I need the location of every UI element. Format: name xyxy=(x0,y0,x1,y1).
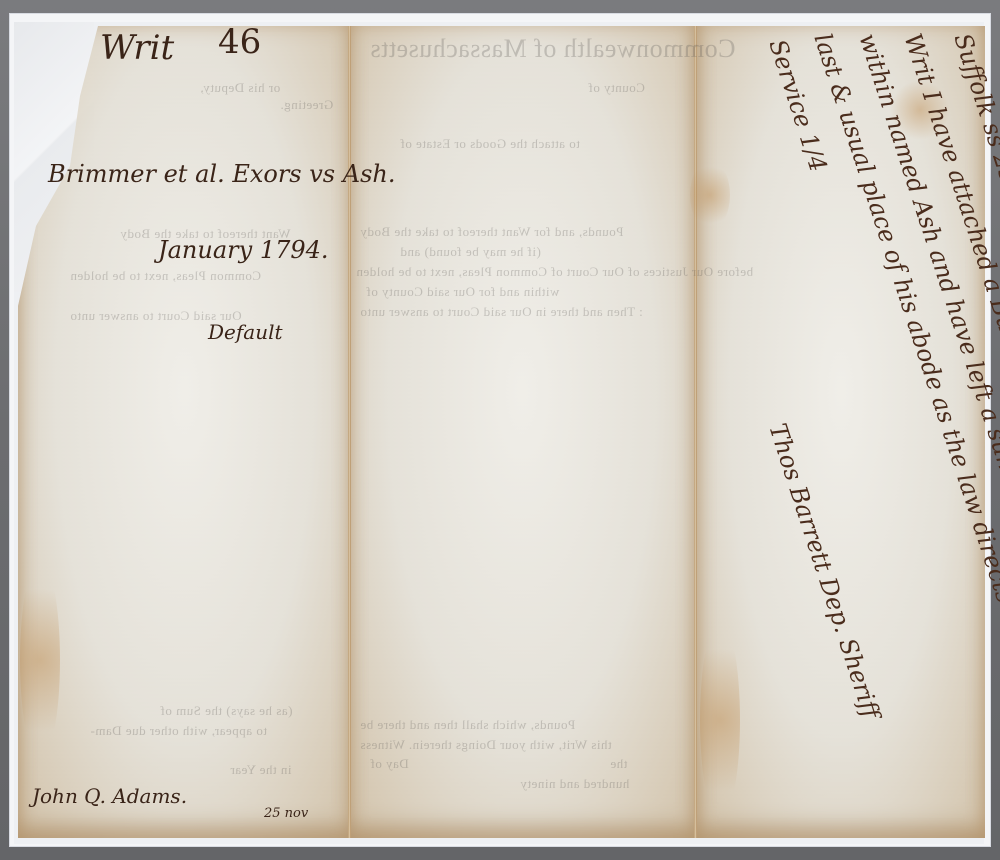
printed-line: to attach the Goods or Estate of xyxy=(400,136,580,152)
printed-line: : Then and there in Our said Court to an… xyxy=(360,304,643,320)
printed-line: Pounds, and for Want thereof to take the… xyxy=(360,224,623,240)
printed-heading-bleedthrough: Commonwealth of Massachusetts xyxy=(370,34,735,64)
case-outcome: Default xyxy=(208,320,283,344)
printed-line: Greeting. xyxy=(280,97,333,113)
printed-line: the xyxy=(610,756,627,772)
writ-number: 46 xyxy=(218,22,261,62)
fold-seam xyxy=(694,26,697,838)
case-title: Brimmer et al. Exors vs Ash. xyxy=(48,160,395,188)
writ-heading: Writ xyxy=(100,28,174,68)
printed-line: County of xyxy=(588,80,645,96)
printed-line: this Writ, with your Doings therein. Wit… xyxy=(360,737,612,753)
printed-line: to appear, with other due Dam- xyxy=(90,723,267,739)
printed-line: (if he may be found) and xyxy=(400,244,541,260)
foxing-stain xyxy=(700,620,740,820)
printed-line: Common Pleas, next to be holden xyxy=(70,268,261,284)
printed-line: before Our Justices of Our Court of Comm… xyxy=(356,264,753,280)
printed-line: or his Deputy, xyxy=(200,80,280,96)
printed-line: in the Year xyxy=(230,762,291,778)
foxing-stain xyxy=(690,160,730,230)
foxing-stain xyxy=(20,560,60,760)
fold-seam xyxy=(348,26,351,838)
printed-line: hundred and ninety xyxy=(520,776,629,792)
printed-line: Day of xyxy=(370,756,409,772)
printed-line: Pounds, which shall then and there be xyxy=(360,717,575,733)
filing-note: 25 nov xyxy=(264,806,308,821)
attorney-signature: John Q. Adams. xyxy=(32,784,187,808)
printed-line: within and for Our said County of xyxy=(366,284,559,300)
printed-line: (as he says) the Sum of xyxy=(160,703,292,719)
case-date: January 1794. xyxy=(158,236,329,264)
